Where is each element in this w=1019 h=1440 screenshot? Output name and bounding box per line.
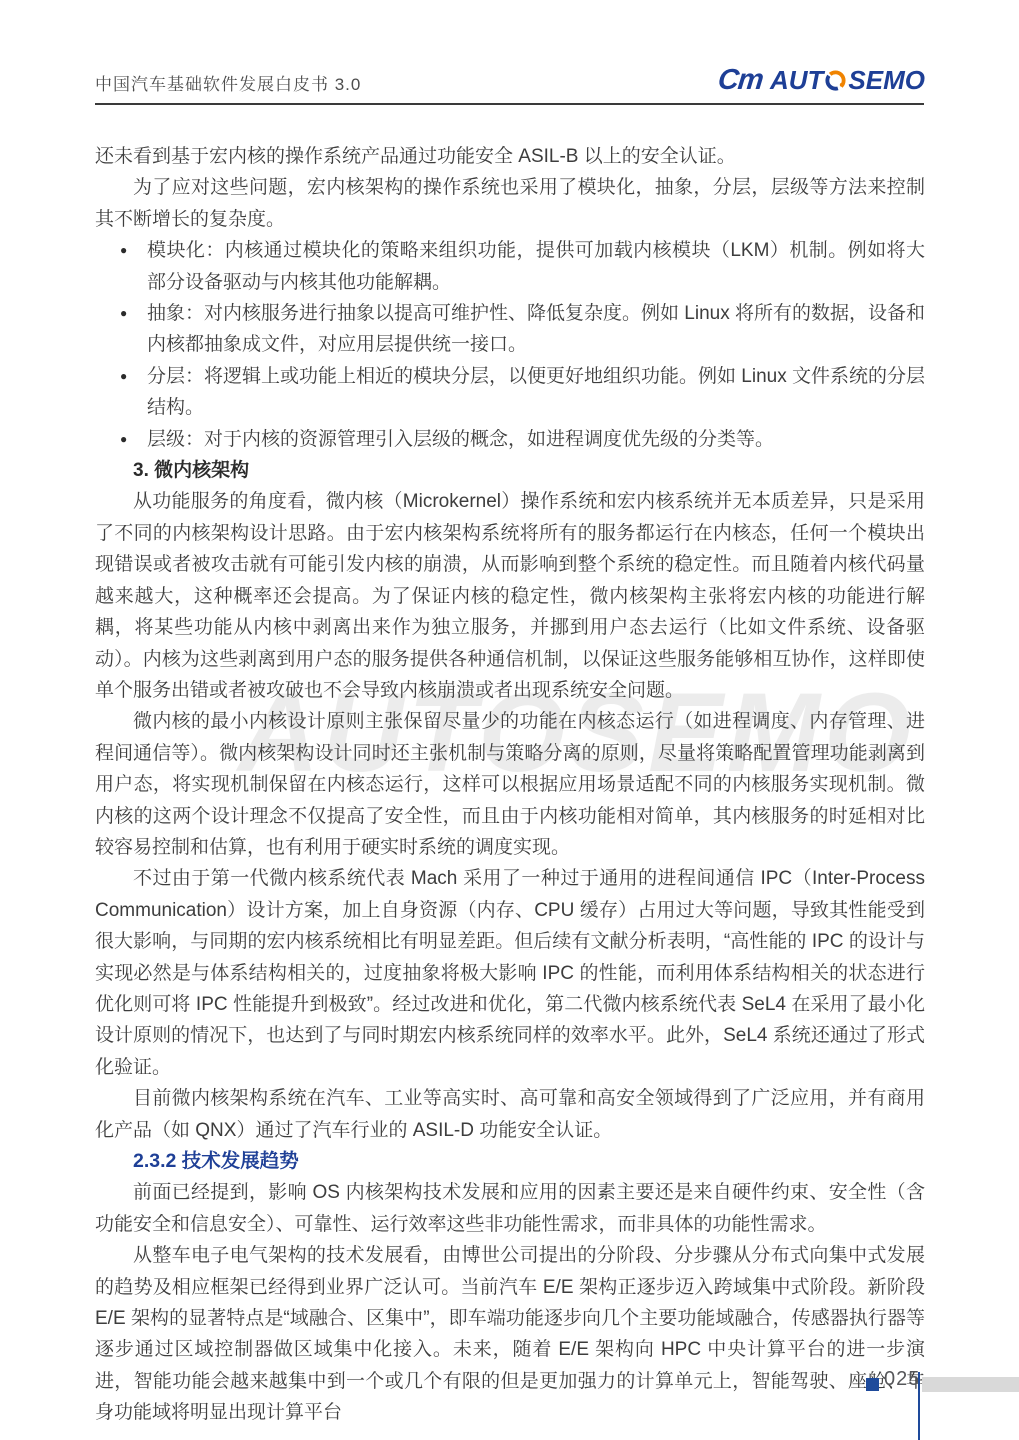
list-item-text: 层级：对于内核的资源管理引入层级的概念，如进程调度优先级的分类等。 [147, 429, 774, 450]
header-logo: Cm AUT SEMO [718, 64, 925, 97]
logo-text-semo: SEMO [848, 65, 925, 96]
paragraph: 不过由于第一代微内核系统代表 Mach 采用了一种过于通用的进程间通信 IPC（… [95, 863, 925, 1083]
page-number-marker [866, 1378, 879, 1391]
bullet-icon: ● [120, 298, 127, 329]
list-item: ● 模块化：内核通过模块化的策略来组织功能，提供可加载内核模块（LKM）机制。例… [95, 235, 925, 298]
paragraph: 从整车电子电气架构的技术发展看，由博世公司提出的分阶段、分步骤从分布式向集中式发… [95, 1240, 925, 1428]
bullet-icon: ● [120, 361, 127, 392]
paragraph: 微内核的最小内核设计原则主张保留尽量少的功能在内核态运行（如进程调度、内存管理、… [95, 706, 925, 863]
header-title: 中国汽车基础软件发展白皮书 3.0 [95, 70, 361, 95]
logo-text-aut: AUT [770, 65, 823, 96]
list-item: ● 层级：对于内核的资源管理引入层级的概念，如进程调度优先级的分类等。 [95, 424, 925, 455]
bullet-icon: ● [120, 424, 127, 455]
paragraph: 前面已经提到，影响 OS 内核架构技术发展和应用的因素主要还是来自硬件约束、安全… [95, 1177, 925, 1240]
footer-rule [918, 1372, 920, 1440]
page-content: 还未看到基于宏内核的操作系统产品通过功能安全 ASIL-B 以上的安全认证。 为… [95, 141, 925, 1429]
paragraph: 目前微内核架构系统在汽车、工业等高实时、高可靠和高安全领域得到了广泛应用，并有商… [95, 1083, 925, 1146]
footer-bar [922, 1377, 1019, 1392]
list-item: ● 分层：将逻辑上或功能上相近的模块分层，以便更好地组织功能。例如 Linux … [95, 361, 925, 424]
bullet-icon: ● [120, 235, 127, 266]
document-page: 中国汽车基础软件发展白皮书 3.0 Cm AUT SEMO AUTOSEMO 还… [0, 0, 1019, 1440]
list-item: ● 抽象：对内核服务进行抽象以提高可维护性、降低复杂度。例如 Linux 将所有… [95, 298, 925, 361]
paragraph: 为了应对这些问题，宏内核架构的操作系统也采用了模块化，抽象，分层，层级等方法来控… [95, 172, 925, 235]
header-rule [95, 103, 924, 105]
section-heading-microkernel: 3. 微内核架构 [95, 455, 925, 486]
paragraph-continuation: 还未看到基于宏内核的操作系统产品通过功能安全 ASIL-B 以上的安全认证。 [95, 141, 925, 172]
subsection-heading-tech-trend: 2.3.2 技术发展趋势 [95, 1146, 925, 1177]
list-item-text: 抽象：对内核服务进行抽象以提高可维护性、降低复杂度。例如 Linux 将所有的数… [147, 303, 925, 355]
list-item-text: 模块化：内核通过模块化的策略来组织功能，提供可加载内核模块（LKM）机制。例如将… [147, 240, 925, 292]
page-number: 025 [884, 1368, 920, 1391]
list-item-text: 分层：将逻辑上或功能上相近的模块分层，以便更好地组织功能。例如 Linux 文件… [147, 366, 925, 418]
bullet-list: ● 模块化：内核通过模块化的策略来组织功能，提供可加载内核模块（LKM）机制。例… [95, 235, 925, 455]
paragraph: 从功能服务的角度看，微内核（Microkernel）操作系统和宏内核系统并无本质… [95, 486, 925, 706]
logo-cm-mark: Cm [717, 64, 765, 97]
logo-swirl-icon [824, 69, 847, 92]
